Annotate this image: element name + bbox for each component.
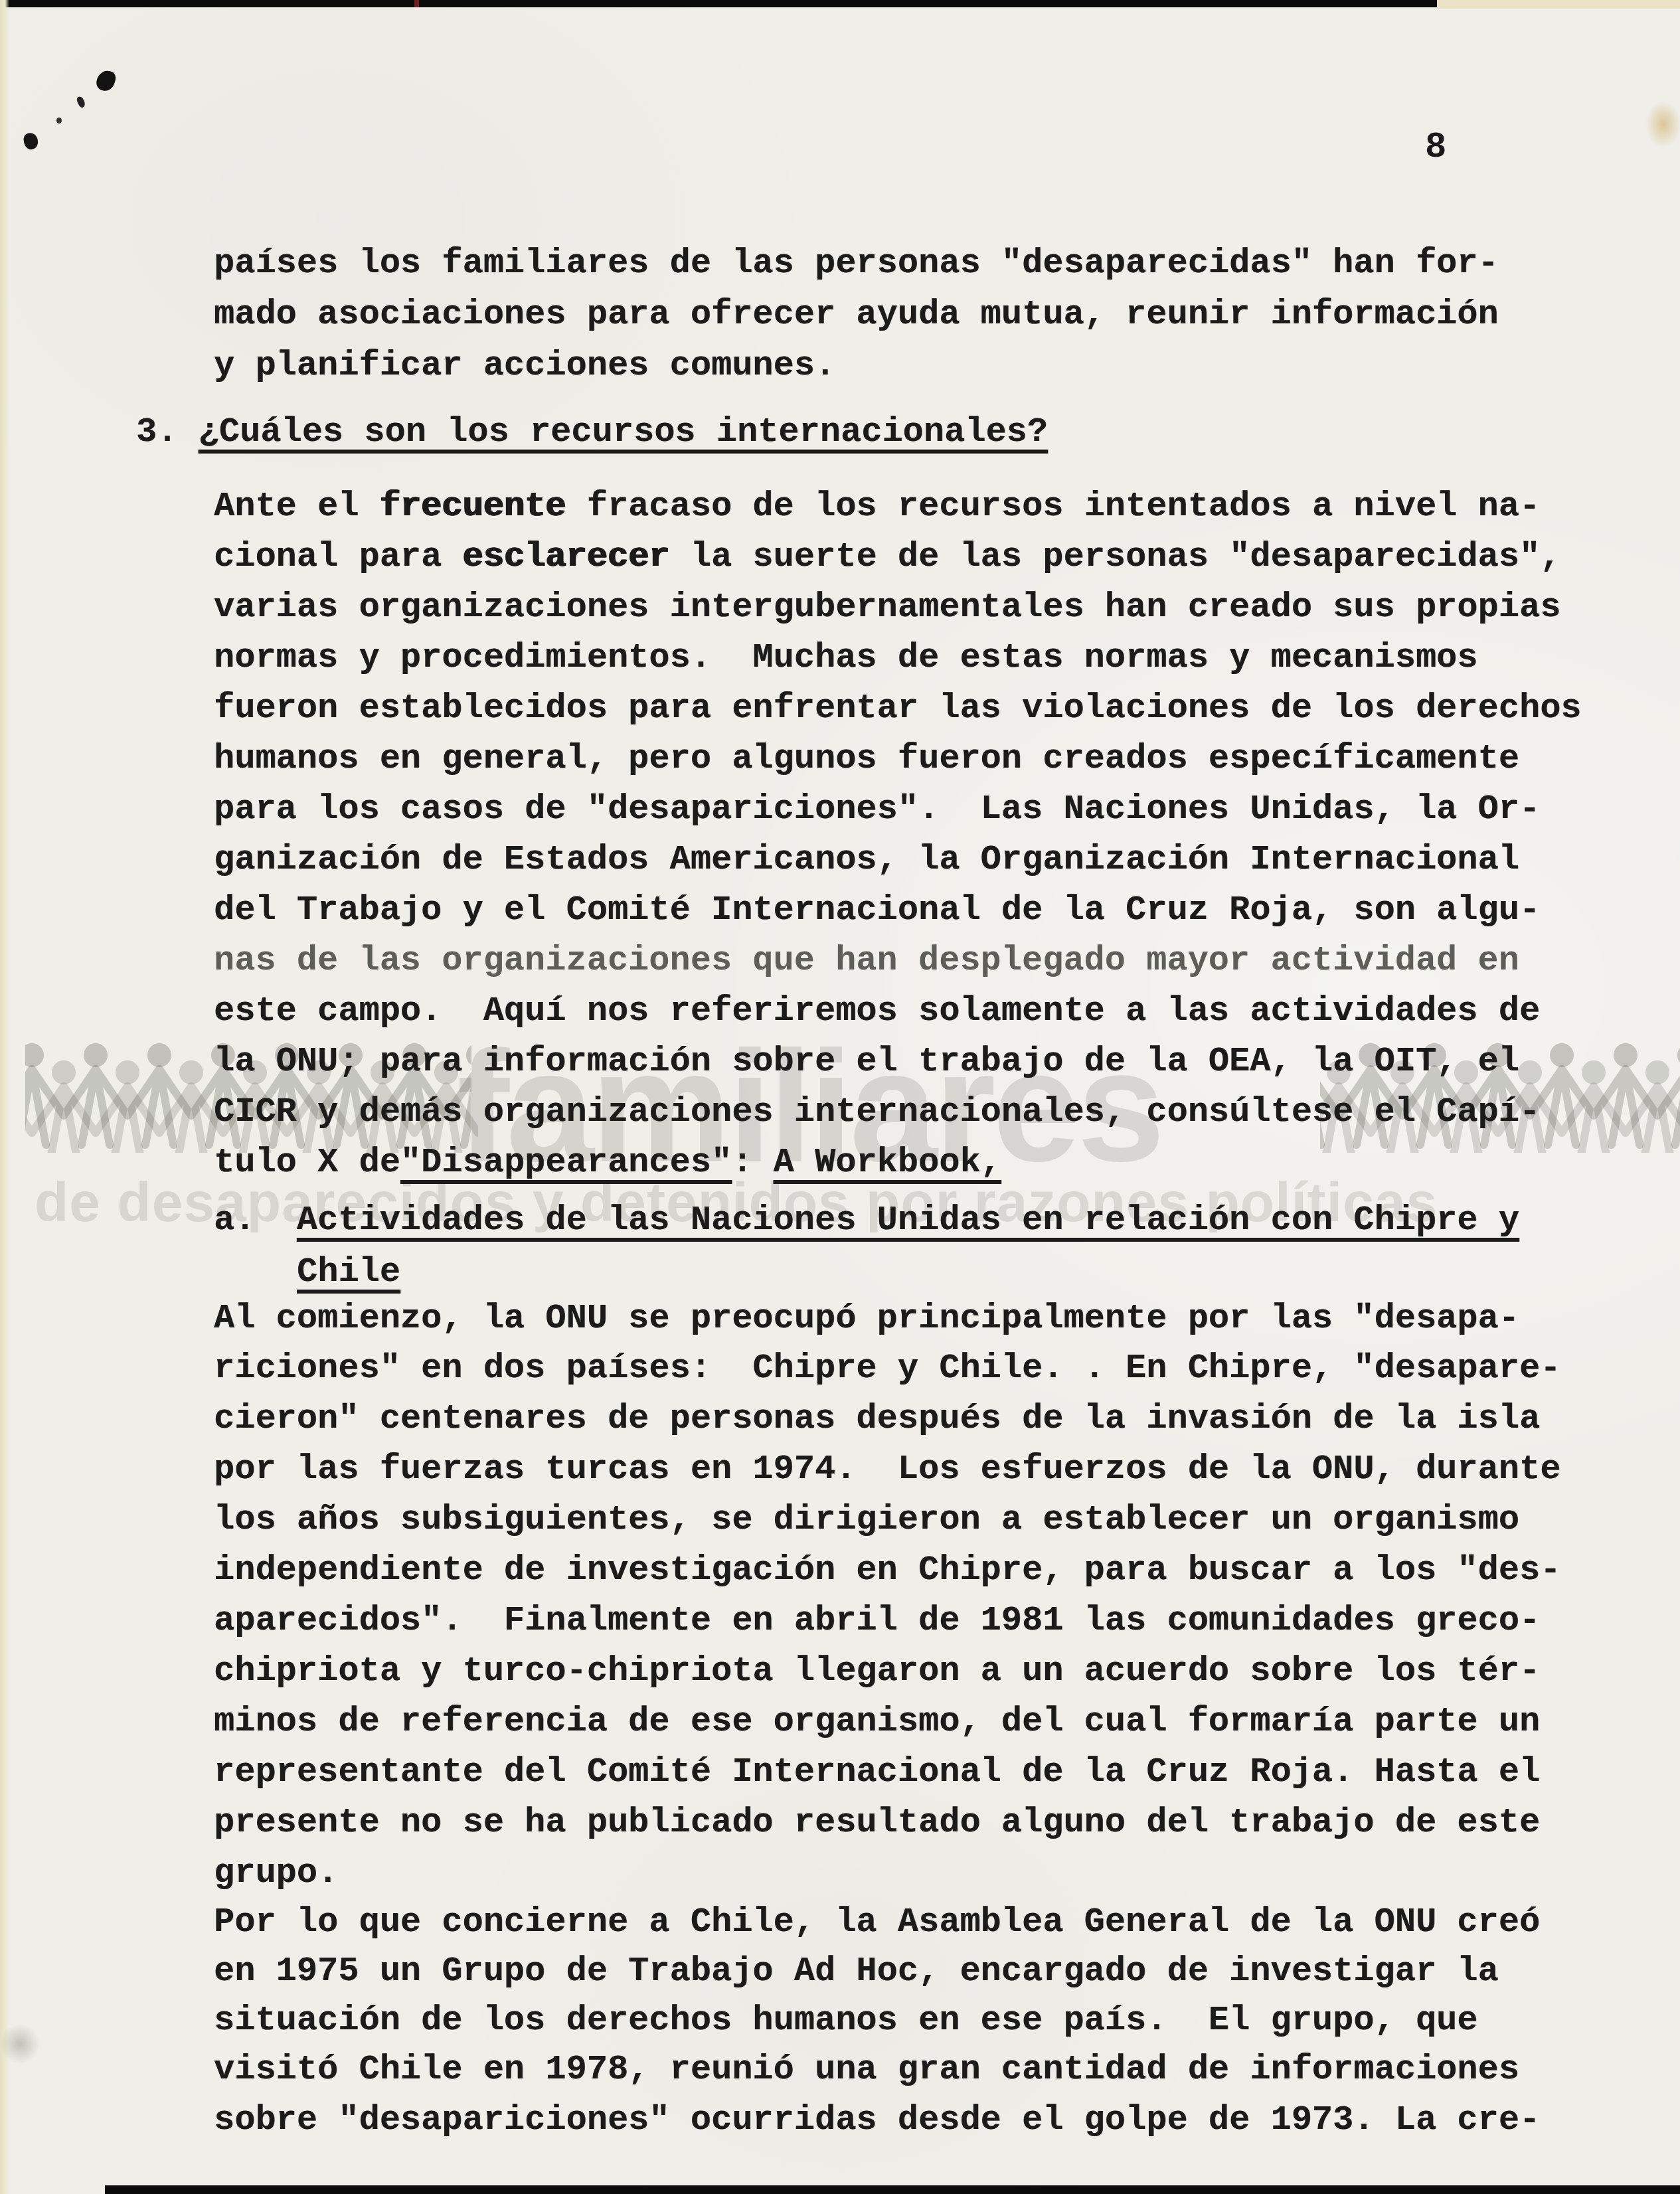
text-segment: la suerte de las personas "desaparecidas…: [670, 537, 1561, 576]
text-line: riciones" en dos países: Chipre y Chile.…: [214, 1349, 1560, 1389]
text-segment: en 1975 un Grupo de Trabajo Ad Hoc, enca…: [214, 1952, 1499, 1991]
text-line: por las fuerzas turcas en 1974. Los esfu…: [214, 1450, 1560, 1489]
text-segment: 3.: [136, 412, 199, 452]
text-line: minos de referencia de ese organismo, de…: [214, 1702, 1540, 1742]
underlined-text: Chile: [297, 1252, 400, 1292]
text-segment: la ONU; para información sobre el trabaj…: [214, 1042, 1519, 1081]
text-segment: situación de los derechos humanos en ese…: [214, 2001, 1478, 2040]
text-line: y planificar acciones comunes.: [214, 346, 835, 386]
text-segment: frecuente: [380, 487, 566, 526]
text-segment: los años subsiguientes, se dirigieron a …: [214, 1500, 1519, 1539]
text-line: 3. ¿Cuáles son los recursos internaciona…: [136, 412, 1048, 452]
text-segment: cieron" centenares de personas después d…: [214, 1399, 1540, 1438]
text-segment: esclarecer: [462, 537, 669, 576]
underlined-text: A Workbook,: [774, 1143, 1001, 1182]
text-line: sobre "desapariciones" ocurridas desde e…: [214, 2100, 1540, 2140]
text-layer: países los familiares de las personas "d…: [0, 0, 1680, 2194]
text-segment: visitó Chile en 1978, reunió una gran ca…: [214, 2050, 1519, 2089]
text-line: Chile: [297, 1252, 400, 1292]
text-segment: para los casos de "desapariciones". Las …: [214, 790, 1540, 829]
text-segment: fracaso de los recursos intentados a niv…: [566, 487, 1541, 526]
text-line: independiente de investigación en Chipre…: [214, 1551, 1560, 1590]
text-line: representante del Comité Internacional d…: [214, 1752, 1540, 1792]
text-segment: cional para: [214, 537, 462, 576]
text-line: varias organizaciones intergubernamental…: [214, 588, 1560, 628]
text-segment: representante del Comité Internacional d…: [214, 1752, 1540, 1792]
text-line: aparecidos". Finalmente en abril de 1981…: [214, 1601, 1540, 1641]
text-segment: fueron establecidos para enfrentar las v…: [214, 689, 1582, 728]
text-line: visitó Chile en 1978, reunió una gran ca…: [214, 2050, 1519, 2090]
text-line: CICR y demás organizaciones internaciona…: [214, 1092, 1540, 1132]
text-segment: minos de referencia de ese organismo, de…: [214, 1702, 1540, 1741]
text-segment: a.: [214, 1201, 297, 1240]
text-segment: Ante el: [214, 487, 380, 526]
text-line: nas de las organizaciones que han desple…: [214, 941, 1519, 981]
text-line: situación de los derechos humanos en ese…: [214, 2001, 1478, 2041]
text-line: en 1975 un Grupo de Trabajo Ad Hoc, enca…: [214, 1952, 1499, 1991]
text-segment: normas y procedimientos. Muchas de estas…: [214, 638, 1478, 677]
text-line: Ante el frecuente fracaso de los recurso…: [214, 487, 1540, 527]
text-segment: chipriota y turco-chipriota llegaron a u…: [214, 1651, 1540, 1691]
text-segment: países los familiares de las personas "d…: [214, 244, 1499, 283]
text-line: grupo.: [214, 1853, 338, 1893]
text-segment: riciones" en dos países: Chipre y Chile.…: [214, 1349, 1560, 1388]
text-line: mado asociaciones para ofrecer ayuda mut…: [214, 295, 1499, 335]
text-line: tulo X de"Disappearances": A Workbook,: [214, 1143, 1001, 1183]
text-line: los años subsiguientes, se dirigieron a …: [214, 1500, 1519, 1540]
text-segment: varias organizaciones intergubernamental…: [214, 588, 1560, 627]
text-segment: este campo. Aquí nos referiremos solamen…: [214, 991, 1540, 1031]
text-line: este campo. Aquí nos referiremos solamen…: [214, 991, 1540, 1031]
text-line: cieron" centenares de personas después d…: [214, 1399, 1540, 1439]
text-segment: presente no se ha publicado resultado al…: [214, 1803, 1540, 1842]
text-line: ganización de Estados Americanos, la Org…: [214, 840, 1519, 880]
document-page: familiares de desaparecidos y detenidos …: [0, 0, 1680, 2194]
underlined-text: Actividades de las Naciones Unidas en re…: [297, 1201, 1519, 1240]
text-line: países los familiares de las personas "d…: [214, 244, 1499, 284]
text-segment: :: [732, 1143, 773, 1182]
text-line: para los casos de "desapariciones". Las …: [214, 790, 1540, 829]
text-line: Por lo que concierne a Chile, la Asamble…: [214, 1902, 1540, 1942]
text-segment: Por lo que concierne a Chile, la Asamble…: [214, 1902, 1540, 1942]
text-line: humanos en general, pero algunos fueron …: [214, 739, 1519, 779]
text-segment: CICR y demás organizaciones internaciona…: [214, 1092, 1540, 1132]
text-segment: ganización de Estados Americanos, la Org…: [214, 840, 1519, 879]
text-line: presente no se ha publicado resultado al…: [214, 1803, 1540, 1843]
text-segment: mado asociaciones para ofrecer ayuda mut…: [214, 295, 1499, 334]
text-line: fueron establecidos para enfrentar las v…: [214, 689, 1582, 728]
text-segment: grupo.: [214, 1853, 338, 1893]
text-segment: por las fuerzas turcas en 1974. Los esfu…: [214, 1450, 1560, 1489]
text-line: la ONU; para información sobre el trabaj…: [214, 1042, 1519, 1082]
text-segment: sobre "desapariciones" ocurridas desde e…: [214, 2100, 1540, 2140]
text-line: del Trabajo y el Comité Internacional de…: [214, 890, 1540, 930]
text-segment: humanos en general, pero algunos fueron …: [214, 739, 1519, 778]
text-segment: independiente de investigación en Chipre…: [214, 1551, 1560, 1590]
text-segment: nas de las organizaciones que han desple…: [214, 941, 1519, 980]
text-segment: y planificar acciones comunes.: [214, 346, 835, 385]
text-segment: del Trabajo y el Comité Internacional de…: [214, 890, 1540, 930]
text-line: chipriota y turco-chipriota llegaron a u…: [214, 1651, 1540, 1691]
text-line: normas y procedimientos. Muchas de estas…: [214, 638, 1478, 678]
underlined-text: ¿Cuáles son los recursos internacionales…: [199, 412, 1048, 452]
text-line: cional para esclarecer la suerte de las …: [214, 537, 1560, 577]
text-segment: Al comienzo, la ONU se preocupó principa…: [214, 1299, 1519, 1338]
text-segment: tulo X de: [214, 1143, 400, 1182]
text-line: a. Actividades de las Naciones Unidas en…: [214, 1201, 1519, 1240]
text-segment: aparecidos". Finalmente en abril de 1981…: [214, 1601, 1540, 1640]
underlined-text: "Disappearances": [400, 1143, 732, 1182]
text-line: Al comienzo, la ONU se preocupó principa…: [214, 1299, 1519, 1339]
